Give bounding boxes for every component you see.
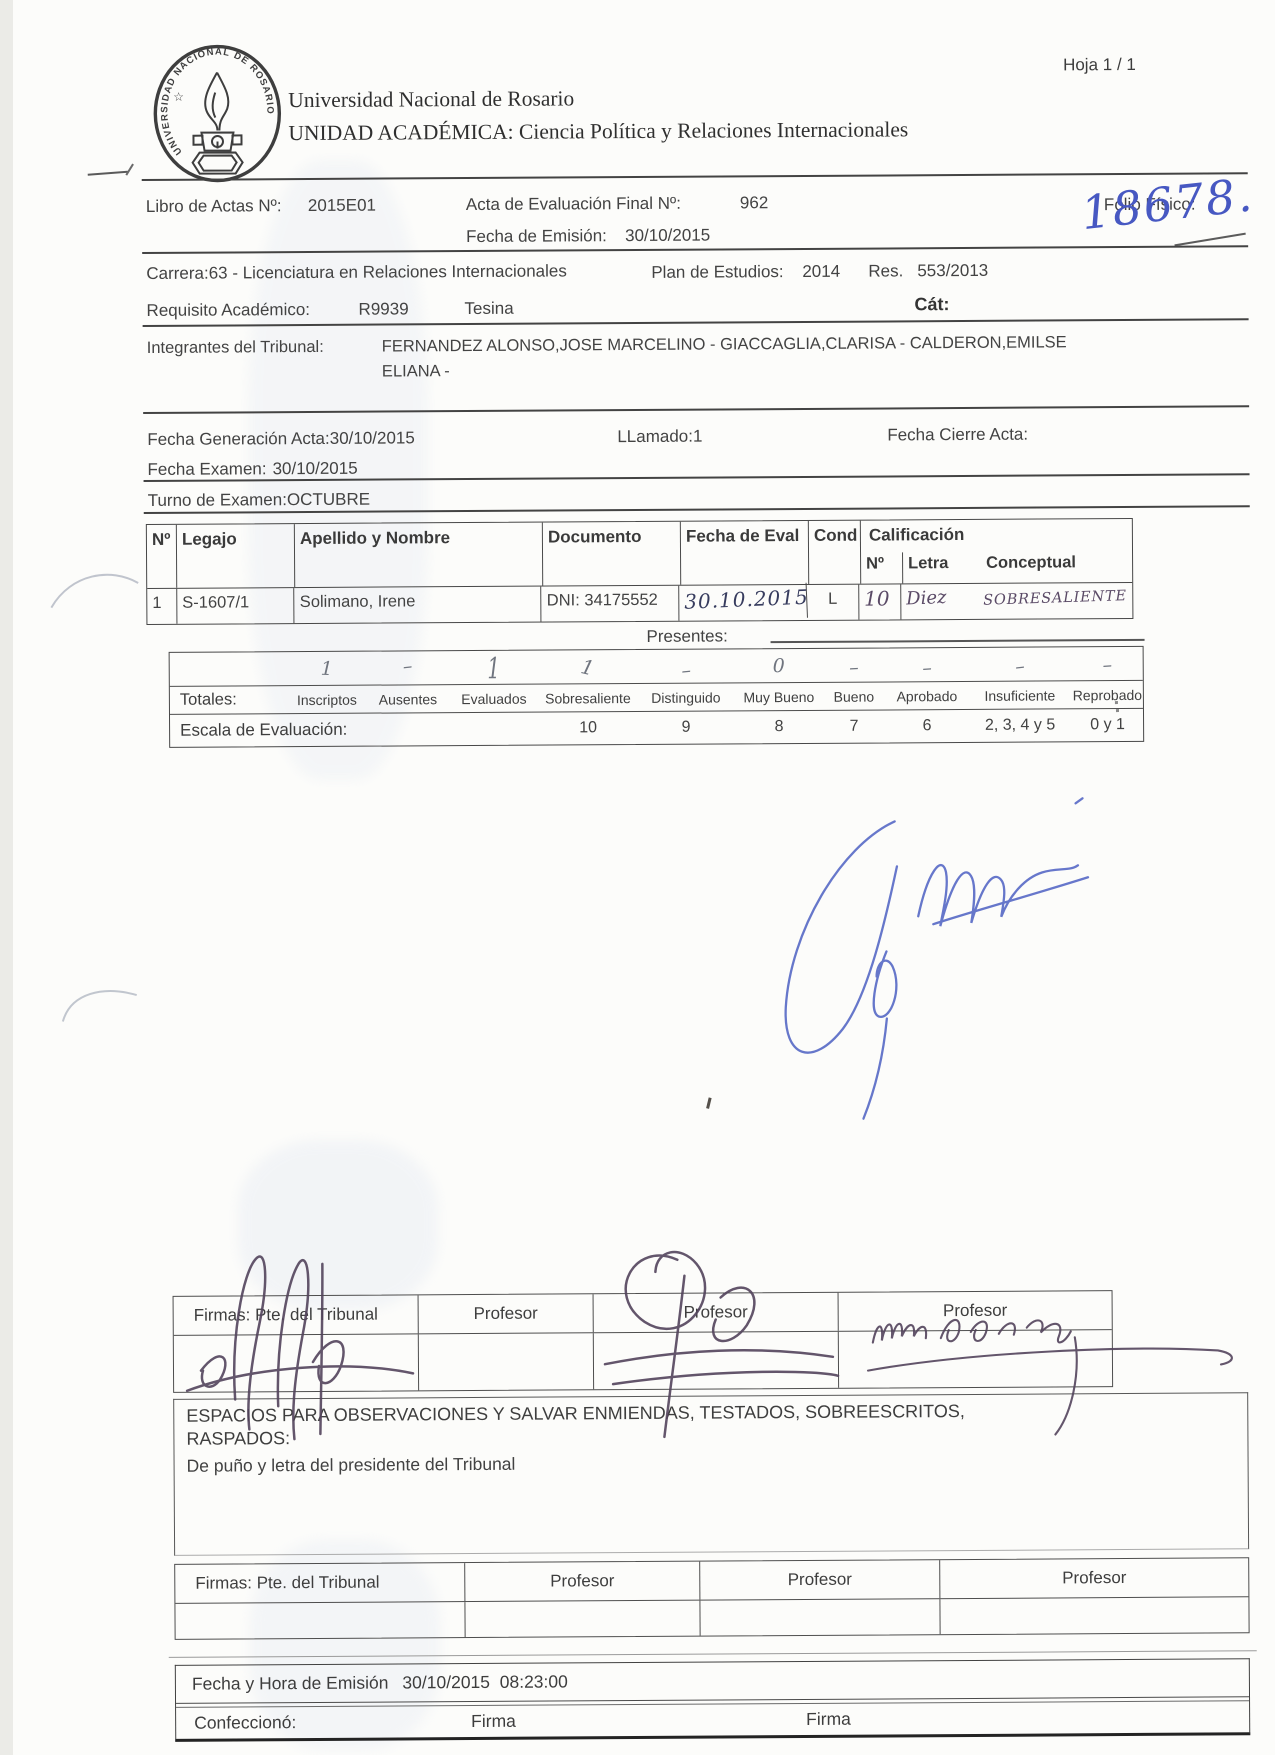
fecha-cierre-label: Fecha Cierre Acta: <box>887 425 1028 446</box>
col-aprobado: Aprobado <box>884 687 970 704</box>
scan-dot-mark <box>1116 709 1119 712</box>
profesor-label: Profesor <box>594 1293 839 1332</box>
escala-evaluados <box>450 729 538 730</box>
libro-actas-label: Libro de Actas Nº: <box>146 196 282 217</box>
valor-inscriptos: 1 <box>287 651 366 686</box>
escala-row: Escala de Evaluación: 10 9 8 7 6 2, 3, 4… <box>170 709 1143 747</box>
cell-fecha-eval-handwritten: 30.10.2015 <box>679 583 808 623</box>
resolucion-label: Res. <box>868 261 903 281</box>
emission-datetime-row: Fecha y Hora de Emisión 30/10/2015 08:23… <box>176 1659 1249 1704</box>
emission-table: Fecha y Hora de Emisión 30/10/2015 08:23… <box>175 1658 1250 1742</box>
col-header-documento: Documento <box>543 522 681 586</box>
cell-legajo: S-1607/1 <box>177 588 295 624</box>
col-header-calif-letra: Letra <box>903 552 981 583</box>
col-header-calif-conceptual: Conceptual <box>981 551 1132 583</box>
empty-cell <box>170 652 288 686</box>
escala-ausentes <box>366 729 450 730</box>
acta-final-value: 962 <box>740 193 768 213</box>
scan-arc-mark <box>43 559 143 615</box>
cell-calif-nro-handwritten: 10 <box>859 584 901 619</box>
valor-aprobado: – <box>883 648 971 687</box>
profesor-label: Profesor <box>839 1291 1112 1331</box>
emission-datetime-label: Fecha y Hora de Emisión <box>192 1673 389 1695</box>
libro-actas-value: 2015E01 <box>308 196 376 216</box>
cell-documento: DNI: 34175552 <box>542 586 680 622</box>
plan-estudios-label: Plan de Estudios: <box>651 262 783 283</box>
escala-bueno: 7 <box>824 717 884 735</box>
escala-distinguido: 9 <box>638 718 734 737</box>
confecciono-label: Confeccionó: <box>194 1712 296 1734</box>
grades-table-row: 1 S-1607/1 Solimano, Irene DNI: 34175552… <box>147 582 1132 624</box>
acta-final-label: Acta de Evaluación Final Nº: <box>466 194 681 215</box>
cell-nro: 1 <box>147 589 177 624</box>
totales-values-row: 1 – 1 1 – 0 – – – – <box>170 647 1143 687</box>
rule <box>142 245 1248 254</box>
fecha-generacion-label: Fecha Generación Acta: <box>147 429 330 450</box>
tribunal-members-line2: ELIANA - <box>382 362 450 381</box>
turno-label: Turno de Examen: <box>148 490 287 511</box>
grades-table-header: Nº Legajo Apellido y Nombre Documento Fe… <box>147 519 1132 588</box>
col-distinguido: Distinguido <box>638 689 734 706</box>
rule <box>771 639 1145 643</box>
fecha-examen-value: 30/10/2015 <box>273 459 358 480</box>
rule <box>142 172 1248 181</box>
col-header-nro: Nº <box>147 525 177 588</box>
escala-insuficiente: 2, 3, 4 y 5 <box>970 716 1070 735</box>
firmas-table-inferior: Firmas: Pte. del Tribunal Profesor Profe… <box>174 1557 1249 1640</box>
scan-pen-mark <box>88 171 128 176</box>
fecha-emision-value: 30/10/2015 <box>625 226 710 247</box>
requisito-label: Requisito Académico: <box>146 300 310 321</box>
scan-pen-mark <box>706 1097 711 1108</box>
llamado-label: LLamado: <box>617 427 693 447</box>
plan-estudios-value: 2014 <box>802 262 840 282</box>
tribunal-members-line1: FERNANDEZ ALONSO,JOSE MARCELINO - GIACCA… <box>382 333 1067 356</box>
scan-dot-mark <box>1115 701 1118 704</box>
carrera-value: 63 - Licenciatura en Relaciones Internac… <box>209 261 567 283</box>
escala-sobresaliente: 10 <box>538 719 638 738</box>
scan-pen-mark <box>1174 233 1245 247</box>
firmas-header-row: Firmas: Pte. del Tribunal Profesor Profe… <box>175 1558 1248 1604</box>
confecciono-row: Confeccionó: Firma Firma <box>176 1700 1249 1739</box>
rule <box>169 1650 1257 1658</box>
col-header-fecha: Fecha de Eval <box>681 521 809 585</box>
observaciones-detail: De puño y letra del presidente del Tribu… <box>187 1449 1236 1476</box>
valor-bueno: – <box>823 649 885 685</box>
requisito-name: Tesina <box>464 299 513 319</box>
escala-muy-bueno: 8 <box>734 718 824 737</box>
valor-reprobado: – <box>1069 645 1146 684</box>
signature-cell <box>700 1599 940 1635</box>
col-insuficiente: Insuficiente <box>970 687 1070 704</box>
valor-muy-bueno: 0 <box>734 649 824 683</box>
folio-handwritten-number: 18678. <box>1078 167 1256 240</box>
cell-calif-conceptual-handwritten: SOBRESALIENTE <box>978 581 1133 621</box>
col-evaluados: Evaluados <box>450 690 538 707</box>
fecha-examen-label: Fecha Examen: <box>147 459 266 480</box>
tribunal-label: Integrantes del Tribunal: <box>147 338 324 358</box>
totales-table: 1 – 1 1 – 0 – – – – Totales: Inscriptos … <box>169 646 1145 748</box>
observaciones-box: ESPACIOS PARA OBSERVACIONES Y SALVAR ENM… <box>173 1392 1249 1556</box>
col-muy-bueno: Muy Bueno <box>734 688 824 705</box>
grades-table: Nº Legajo Apellido y Nombre Documento Fe… <box>146 518 1134 625</box>
col-header-calificacion: Calificación <box>861 519 1132 553</box>
rule <box>143 405 1249 414</box>
firma-label: Firma <box>806 1709 851 1730</box>
presentes-label: Presentes: <box>646 626 727 646</box>
turno-value: OCTUBRE <box>287 490 370 511</box>
signature-cell <box>465 1601 700 1637</box>
signature-cell <box>594 1332 839 1389</box>
col-reprobado: Reprobado <box>1070 686 1145 702</box>
valor-evaluados: 1 <box>450 643 538 691</box>
col-header-cond: Cond <box>809 521 861 584</box>
signature-cell <box>839 1330 1112 1388</box>
firmas-presidente-label: Firmas: Pte. del Tribunal <box>175 1563 465 1603</box>
col-ausentes: Ausentes <box>366 691 450 708</box>
signature-cell <box>175 1602 465 1639</box>
valor-ausentes: – <box>364 645 451 687</box>
scan-pen-mark <box>125 164 134 176</box>
firmas-signature-row <box>175 1597 1248 1639</box>
escala-reprobado: 0 y 1 <box>1070 716 1145 734</box>
cell-nombre: Solimano, Irene <box>295 587 542 624</box>
signature-cell <box>174 1334 419 1391</box>
col-inscriptos: Inscriptos <box>288 691 366 707</box>
profesor-label: Profesor <box>419 1294 594 1333</box>
cell-cond: L <box>807 585 859 620</box>
academic-unit-line: UNIDAD ACADÉMICA: Ciencia Política y Rel… <box>288 117 908 146</box>
seal-flame-lamp-icon <box>192 72 243 173</box>
sheet-number: Hoja 1 / 1 <box>1063 55 1136 75</box>
cell-calif-letra-handwritten: Diez <box>900 583 979 621</box>
signature-cell <box>940 1597 1248 1634</box>
firmas-signature-row <box>174 1330 1112 1392</box>
carrera-label: Carrera: <box>146 264 208 284</box>
profesor-label: Profesor <box>700 1560 940 1599</box>
catedra-label: Cát: <box>914 294 949 315</box>
col-header-legajo: Legajo <box>177 524 295 588</box>
resolucion-value: 553/2013 <box>917 261 988 281</box>
fecha-emision-label: Fecha de Emisión: <box>466 226 607 247</box>
president-ink-signature <box>689 765 1101 1127</box>
escala-label: Escala de Evaluación: <box>170 720 288 741</box>
col-header-nombre: Apellido y Nombre <box>295 523 543 588</box>
firmas-table-superior: Firmas: Pte. del Tribunal Profesor Profe… <box>173 1290 1114 1393</box>
firmas-presidente-label: Firmas: Pte. del Tribunal <box>174 1295 419 1334</box>
escala-aprobado: 6 <box>884 717 970 736</box>
requisito-code: R9939 <box>358 299 408 319</box>
emission-datetime-value: 30/10/2015 08:23:00 <box>402 1671 568 1693</box>
col-bueno: Bueno <box>824 688 884 704</box>
signature-cell <box>419 1333 594 1390</box>
firma-label: Firma <box>471 1711 516 1732</box>
llamado-value: 1 <box>693 427 703 447</box>
profesor-label: Profesor <box>940 1558 1248 1598</box>
profesor-label: Profesor <box>465 1562 700 1601</box>
unr-seal-logo-icon: UNIVERSIDAD NACIONAL DE ROSARIO ☆ <box>151 42 284 185</box>
scan-arc-mark <box>57 979 145 1032</box>
col-header-calif-nro: Nº <box>861 552 903 583</box>
firmas-header-row: Firmas: Pte. del Tribunal Profesor Profe… <box>174 1291 1112 1336</box>
university-name: Universidad Nacional de Rosario <box>288 86 574 113</box>
totales-label: Totales: <box>170 690 288 710</box>
scanned-acta-document: UNIVERSIDAD NACIONAL DE ROSARIO ☆ Univer… <box>0 0 1275 1755</box>
fecha-generacion-value: 30/10/2015 <box>330 428 415 449</box>
seal-star-icon: ☆ <box>173 90 184 104</box>
